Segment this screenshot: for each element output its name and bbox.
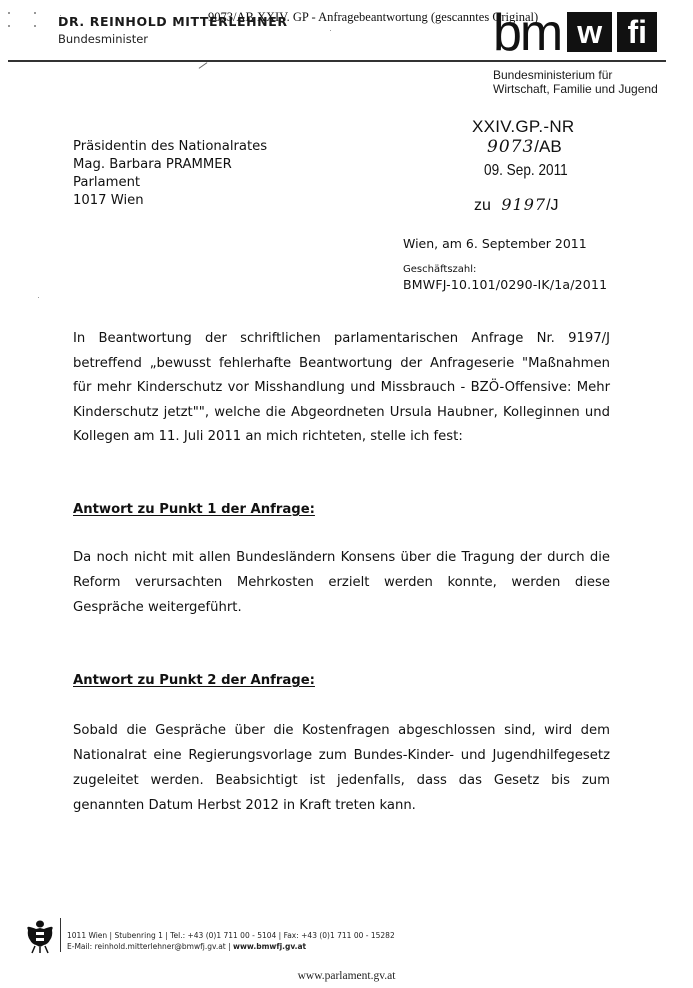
recipient-line: 1017 Wien [73, 192, 267, 210]
footer-contact: E-Mail: reinhold.mitterlehner@bmwfj.gv.a… [67, 942, 306, 951]
recipient-line: Mag. Barbara PRAMMER [73, 156, 267, 174]
scan-speck [8, 25, 10, 27]
letter-date: Wien, am 6. September 2011 [403, 236, 587, 251]
section-text-1: Da noch nicht mit allen Bundesländern Ko… [73, 545, 610, 620]
footer-address: 1011 Wien | Stubenring 1 | Tel.: +43 (0)… [67, 931, 395, 940]
logo-w: w [567, 12, 612, 52]
intro-paragraph: In Beantwortung der schriftlichen parlam… [73, 327, 610, 450]
handwritten-number: 9073 [487, 137, 534, 157]
receipt-stamp-date: 09. Sep. 2011 [484, 162, 568, 180]
zu-label: zu [474, 197, 491, 214]
reference-suffix: /J [546, 197, 558, 214]
scan-speck [8, 12, 10, 14]
recipient-line: Parlament [73, 174, 267, 192]
ministry-name-line1: Bundesministerium für [493, 68, 612, 82]
scan-mark [199, 62, 208, 69]
scan-speck [330, 30, 331, 31]
ministry-name-line2: Wirtschaft, Familie und Jugend [493, 82, 658, 96]
scan-speck [34, 25, 36, 27]
receipt-stamp-number: 9073/AB [487, 137, 562, 157]
handwritten-reference: 9197 [501, 195, 546, 214]
source-url[interactable]: www.parlament.gv.at [0, 970, 693, 982]
section-heading-1: Antwort zu Punkt 1 der Anfrage: [73, 502, 315, 517]
footer-email[interactable]: E-Mail: reinhold.mitterlehner@bmwfj.gv.a… [67, 942, 233, 951]
receipt-stamp-reference: zu 9197/J [474, 195, 559, 215]
reference-label: Geschäftszahl: [403, 264, 476, 275]
section-text-2: Sobald die Gespräche über die Kostenfrag… [73, 718, 610, 818]
logo-fi: fi [617, 12, 657, 52]
logo-bm: bm [493, 14, 561, 52]
receipt-number-suffix: /AB [534, 137, 561, 156]
scan-speck [38, 297, 39, 298]
bmwfj-logo: bm w fi [493, 10, 657, 52]
footer-divider [60, 918, 61, 952]
section-heading-2: Antwort zu Punkt 2 der Anfrage: [73, 673, 315, 688]
sender-role: Bundesminister [58, 32, 148, 46]
header-divider [8, 60, 666, 62]
scan-speck [34, 12, 36, 14]
scan-stamp: 9073/AB XXIV. GP - Anfragebeantwortung (… [208, 10, 538, 25]
footer-website-link[interactable]: www.bmwfj.gv.at [233, 942, 306, 951]
austrian-eagle-icon [26, 920, 54, 954]
receipt-stamp-period: XXIV.GP.-NR [472, 117, 575, 137]
recipient-line: Präsidentin des Nationalrates [73, 138, 267, 156]
reference-number: BMWFJ-10.101/0290-IK/1a/2011 [403, 277, 607, 292]
recipient-address: Präsidentin des Nationalrates Mag. Barba… [73, 138, 267, 210]
